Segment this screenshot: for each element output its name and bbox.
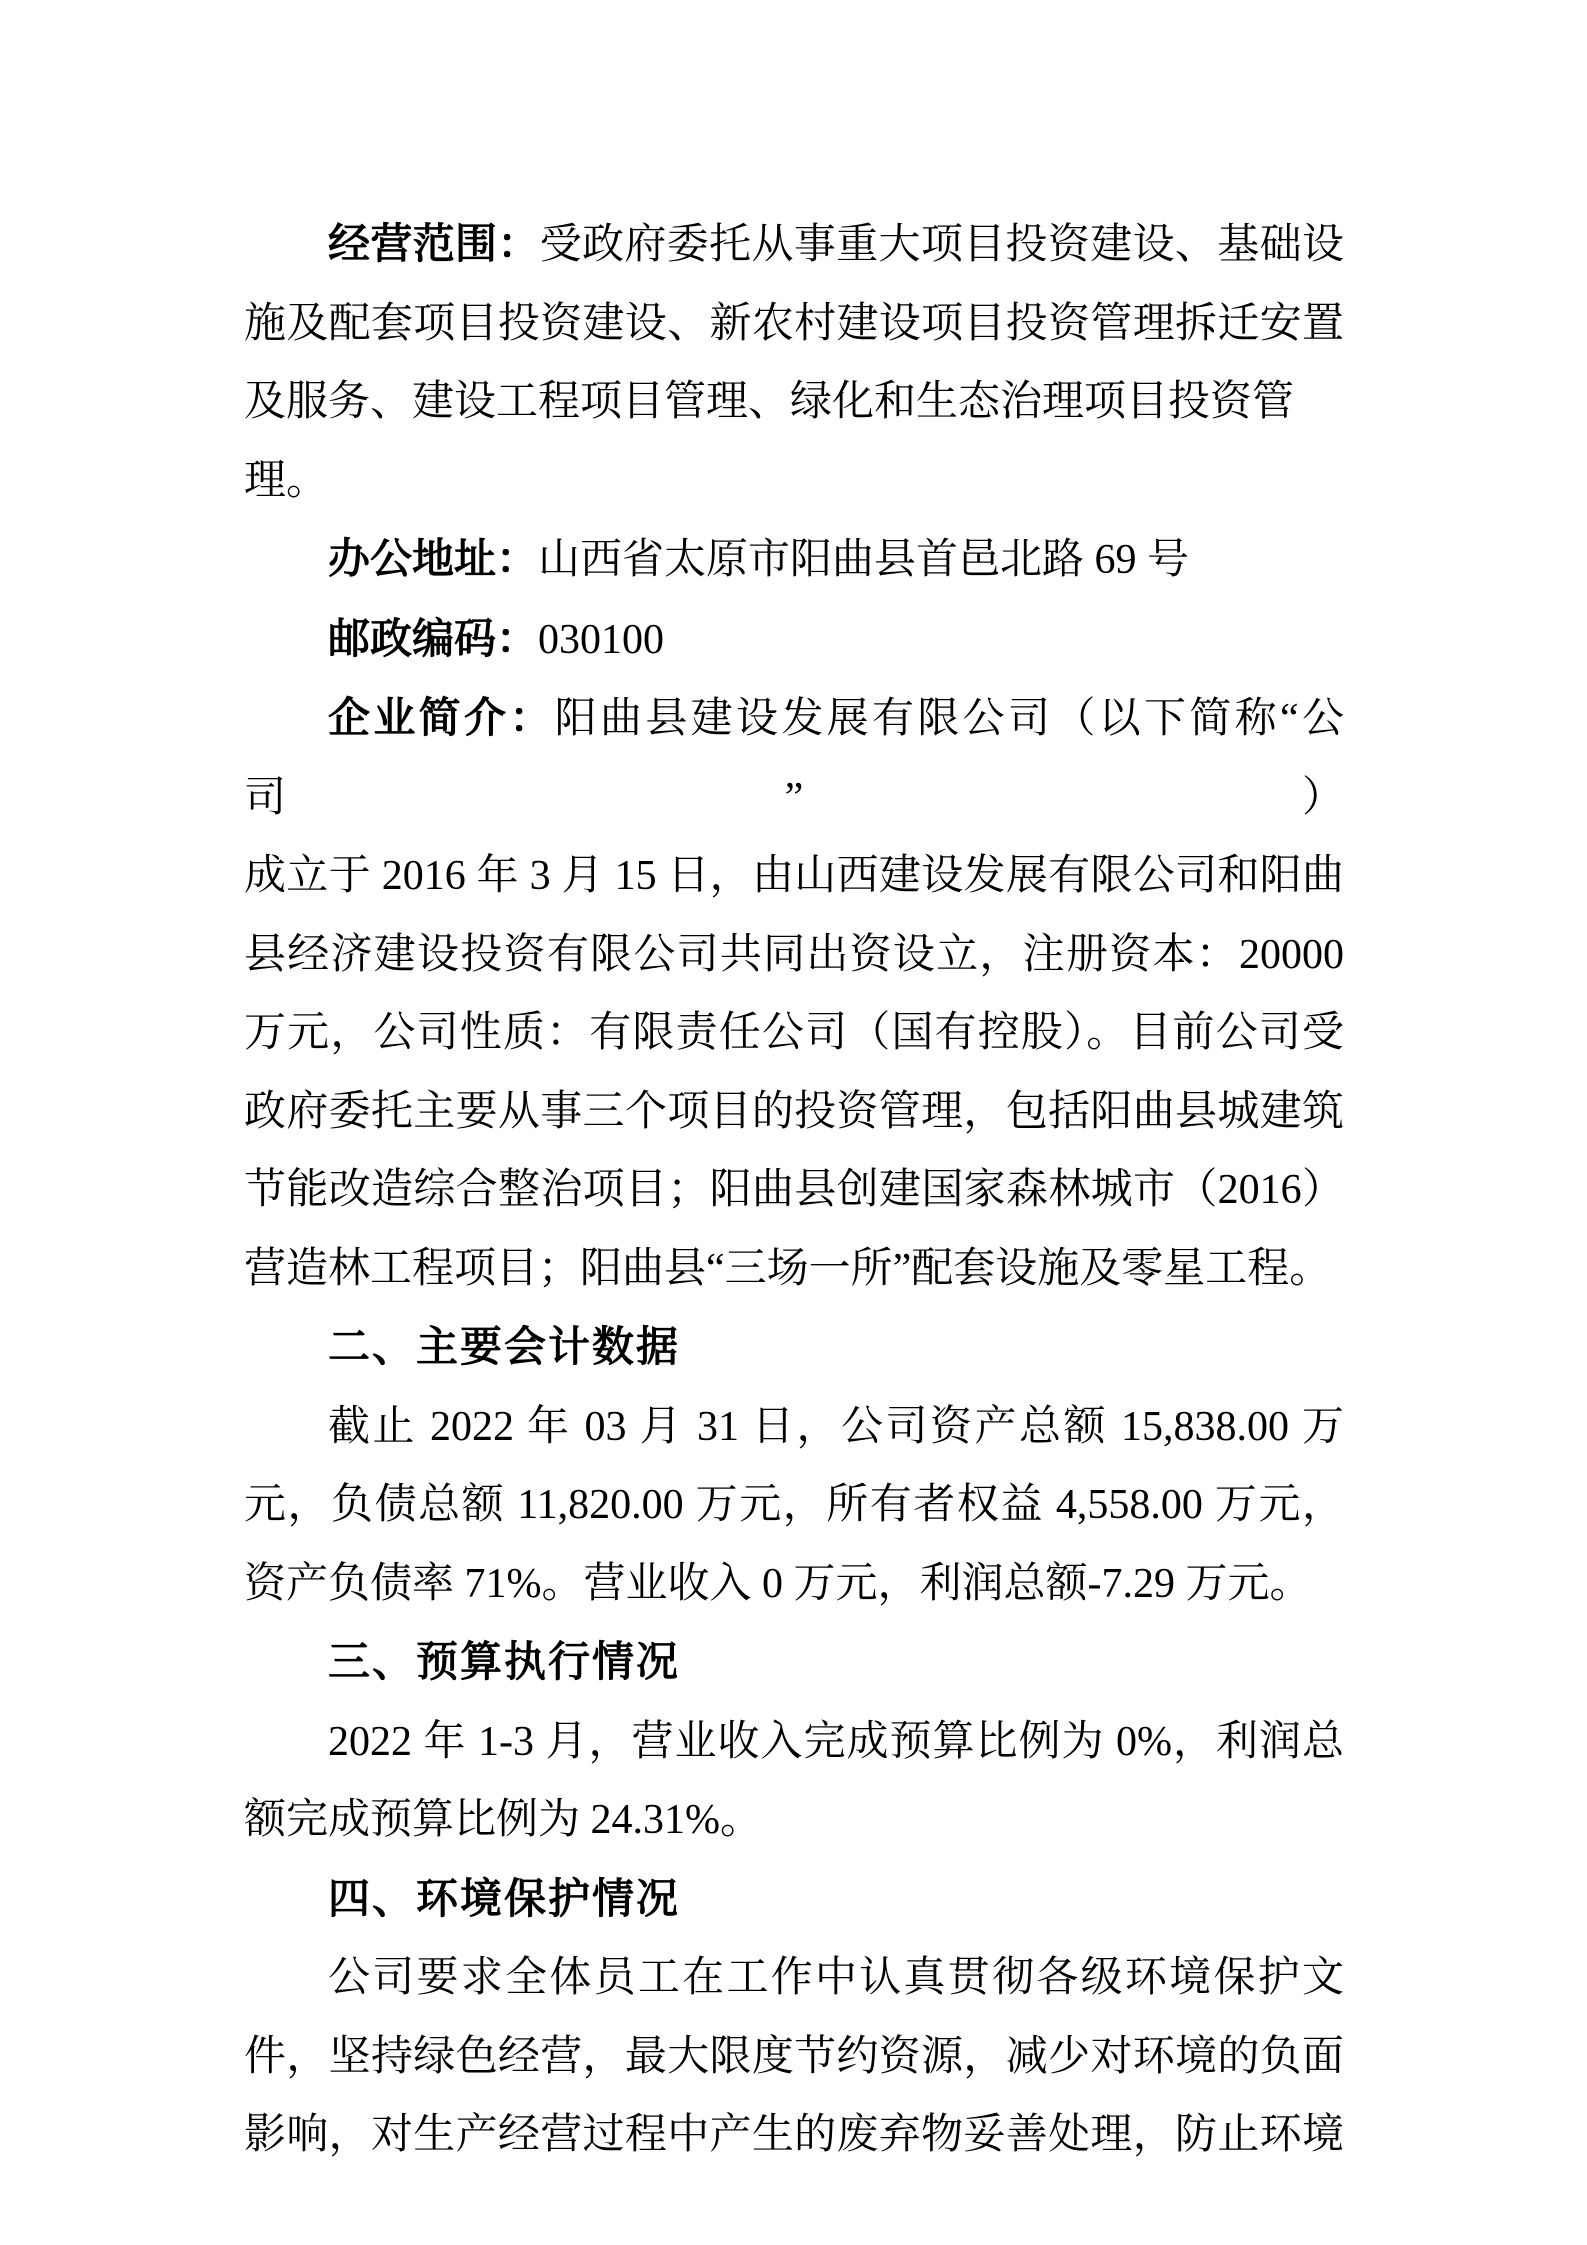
text-segment: 节能改造综合整治项目；阳曲县创建国家森林城市（2016）: [244, 1167, 1344, 1213]
document-content: 经营范围：受政府委托从事重大项目投资建设、基础设施及配套项目投资建设、新农村建设…: [244, 205, 1344, 2175]
text-line: 营造林工程项目；阳曲县“三场一所”配套设施及零星工程。: [244, 1230, 1344, 1309]
text-segment: 施及配套项目投资建设、新农村建设项目投资管理拆迁安置: [244, 301, 1344, 347]
paragraph-environment-protection: 公司要求全体员工在工作中认真贯彻各级环境保护文件，坚持绿色经营，最大限度节约资源…: [244, 1939, 1344, 2175]
text-line: 2022 年 1-3 月，营业收入完成预算比例为 0%，利润总: [244, 1703, 1344, 1782]
text-line: 施及配套项目投资建设、新农村建设项目投资管理拆迁安置: [244, 285, 1344, 364]
field-label: 经营范围：: [328, 219, 540, 268]
text-segment: 额完成预算比例为 24.31%。: [244, 1797, 762, 1843]
text-line: 企业简介：阳曲县建设发展有限公司（以下简称“公司”）: [244, 679, 1344, 837]
paragraph-company-profile: 企业简介：阳曲县建设发展有限公司（以下简称“公司”）成立于 2016 年 3 月…: [244, 679, 1344, 1308]
paragraph-accounting-data: 截止 2022 年 03 月 31 日，公司资产总额 15,838.00 万元，…: [244, 1388, 1344, 1624]
text-segment: 政府委托主要从事三个项目的投资管理，包括阳曲县城建筑: [244, 1089, 1344, 1135]
text-line: 资产负债率 71%。营业收入 0 万元，利润总额-7.29 万元。: [244, 1545, 1344, 1624]
text-line: 经营范围：受政府委托从事重大项目投资建设、基础设: [244, 205, 1344, 285]
text-line: 影响，对生产经营过程中产生的废弃物妥善处理，防止环境: [244, 2096, 1344, 2175]
paragraph-office-address: 办公地址：山西省太原市阳曲县首邑北路 69 号: [244, 520, 1344, 600]
text-segment: 030100: [538, 617, 664, 663]
text-segment: 万元，公司性质：有限责任公司（国有控股）。目前公司受: [244, 1010, 1344, 1056]
section-heading: 三、预算执行情况: [244, 1623, 1344, 1703]
section-heading: 二、主要会计数据: [244, 1308, 1344, 1388]
text-line: 公司要求全体员工在工作中认真贯彻各级环境保护文: [244, 1939, 1344, 2018]
text-line: 政府委托主要从事三个项目的投资管理，包括阳曲县城建筑: [244, 1073, 1344, 1152]
text-line: 元，负债总额 11,820.00 万元，所有者权益 4,558.00 万元，: [244, 1466, 1344, 1545]
text-segment: 公司要求全体员工在工作中认真贯彻各级环境保护文: [328, 1955, 1344, 2001]
text-segment: 件，坚持绿色经营，最大限度节约资源，减少对环境的负面: [244, 2034, 1344, 2080]
text-segment: 资产负债率 71%。营业收入 0 万元，利润总额-7.29 万元。: [244, 1561, 1311, 1607]
text-segment: 影响，对生产经营过程中产生的废弃物妥善处理，防止环境: [244, 2112, 1344, 2158]
text-line: 额完成预算比例为 24.31%。: [244, 1781, 1344, 1860]
paragraph-postal-code: 邮政编码：030100: [244, 600, 1344, 680]
text-line: 邮政编码：030100: [244, 600, 1344, 680]
text-segment: 及服务、建设工程项目管理、绿化和生态治理项目投资管理。: [244, 379, 1294, 504]
paragraph-business-scope: 经营范围：受政府委托从事重大项目投资建设、基础设施及配套项目投资建设、新农村建设…: [244, 205, 1344, 520]
text-line: 截止 2022 年 03 月 31 日，公司资产总额 15,838.00 万: [244, 1388, 1344, 1467]
text-line: 万元，公司性质：有限责任公司（国有控股）。目前公司受: [244, 994, 1344, 1073]
text-line: 县经济建设投资有限公司共同出资设立，注册资本：20000: [244, 916, 1344, 995]
text-line: 件，坚持绿色经营，最大限度节约资源，减少对环境的负面: [244, 2018, 1344, 2097]
text-segment: 山西省太原市阳曲县首邑北路 69 号: [538, 537, 1189, 583]
text-segment: 县经济建设投资有限公司共同出资设立，注册资本：20000: [244, 932, 1344, 978]
heading-text: 二、主要会计数据: [328, 1322, 680, 1371]
document-page: 经营范围：受政府委托从事重大项目投资建设、基础设施及配套项目投资建设、新农村建设…: [0, 0, 1587, 2245]
text-segment: 元，负债总额 11,820.00 万元，所有者权益 4,558.00 万元，: [244, 1482, 1344, 1528]
text-segment: 营造林工程项目；阳曲县“三场一所”配套设施及零星工程。: [244, 1246, 1331, 1292]
text-segment: 成立于 2016 年 3 月 15 日，由山西建设发展有限公司和阳曲: [244, 853, 1344, 899]
paragraph-heading-environment-protection: 四、环境保护情况: [244, 1860, 1344, 1940]
section-heading: 四、环境保护情况: [244, 1860, 1344, 1940]
paragraph-heading-accounting-data: 二、主要会计数据: [244, 1308, 1344, 1388]
paragraph-budget-execution: 2022 年 1-3 月，营业收入完成预算比例为 0%，利润总额完成预算比例为 …: [244, 1703, 1344, 1860]
text-segment: 截止 2022 年 03 月 31 日，公司资产总额 15,838.00 万: [328, 1404, 1344, 1450]
field-label: 办公地址：: [328, 534, 538, 583]
text-segment: 受政府委托从事重大项目投资建设、基础设: [540, 222, 1344, 268]
text-line: 办公地址：山西省太原市阳曲县首邑北路 69 号: [244, 520, 1344, 600]
text-segment: 2022 年 1-3 月，营业收入完成预算比例为 0%，利润总: [328, 1719, 1344, 1765]
paragraph-heading-budget-execution: 三、预算执行情况: [244, 1623, 1344, 1703]
field-label: 企业简介：: [328, 693, 555, 742]
heading-text: 四、环境保护情况: [328, 1874, 680, 1923]
text-line: 成立于 2016 年 3 月 15 日，由山西建设发展有限公司和阳曲: [244, 837, 1344, 916]
text-line: 节能改造综合整治项目；阳曲县创建国家森林城市（2016）: [244, 1151, 1344, 1230]
heading-text: 三、预算执行情况: [328, 1637, 680, 1686]
field-label: 邮政编码：: [328, 614, 538, 663]
text-line: 及服务、建设工程项目管理、绿化和生态治理项目投资管理。: [244, 363, 1344, 520]
